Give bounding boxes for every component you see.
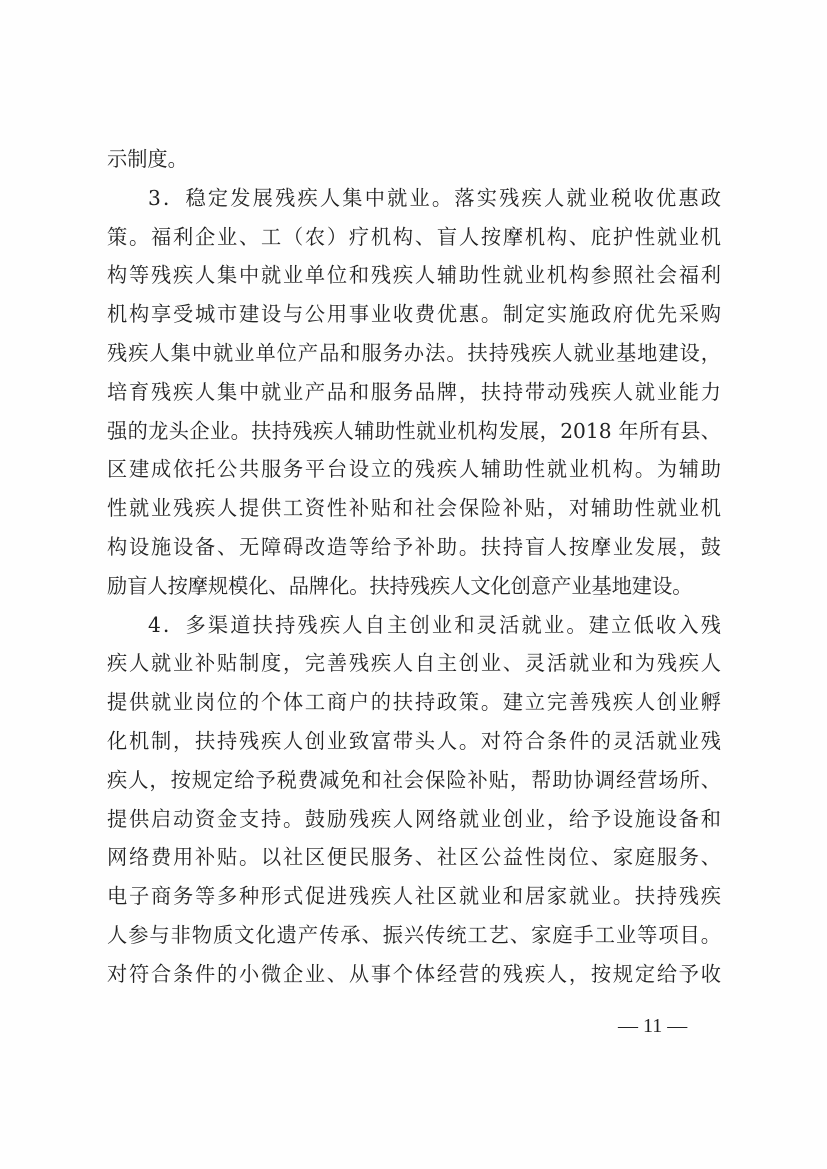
text-line: 4．多渠道扶持残疾人自主创业和灵活就业。建立低收入残 [107, 606, 721, 645]
text-line: 残疾人集中就业单位产品和服务办法。扶持残疾人就业基地建设， [107, 334, 721, 373]
text-line: 示制度。 [107, 140, 721, 179]
text-line: 培育残疾人集中就业产品和服务品牌，扶持带动残疾人就业能力 [107, 373, 721, 412]
text-line: 化机制，扶持残疾人创业致富带头人。对符合条件的灵活就业残 [107, 722, 721, 761]
text-line: 对符合条件的小微企业、从事个体经营的残疾人，按规定给予收 [107, 955, 721, 994]
text-line: 性就业残疾人提供工资性补贴和社会保险补贴，对辅助性就业机 [107, 489, 721, 528]
text-line: 网络费用补贴。以社区便民服务、社区公益性岗位、家庭服务、 [107, 838, 721, 877]
page-number: — 11 — [618, 1015, 687, 1038]
text-line: 励盲人按摩规模化、品牌化。扶持残疾人文化创意产业基地建设。 [107, 567, 721, 606]
text-line: 提供启动资金支持。鼓励残疾人网络就业创业，给予设施设备和 [107, 800, 721, 839]
document-page: 示制度。3．稳定发展残疾人集中就业。落实残疾人就业税收优惠政策。福利企业、工（农… [0, 0, 827, 1169]
body-text: 示制度。3．稳定发展残疾人集中就业。落实残疾人就业税收优惠政策。福利企业、工（农… [107, 140, 721, 994]
text-line: 3．稳定发展残疾人集中就业。落实残疾人就业税收优惠政 [107, 179, 721, 218]
text-line: 疾人就业补贴制度，完善残疾人自主创业、灵活就业和为残疾人 [107, 644, 721, 683]
text-line: 区建成依托公共服务平台设立的残疾人辅助性就业机构。为辅助 [107, 450, 721, 489]
text-line: 策。福利企业、工（农）疗机构、盲人按摩机构、庇护性就业机 [107, 218, 721, 257]
text-line: 构设施设备、无障碍改造等给予补助。扶持盲人按摩业发展，鼓 [107, 528, 721, 567]
text-line: 强的龙头企业。扶持残疾人辅助性就业机构发展，2018 年所有县、 [107, 412, 721, 451]
text-line: 人参与非物质文化遗产传承、振兴传统工艺、家庭手工业等项目。 [107, 916, 721, 955]
text-line: 提供就业岗位的个体工商户的扶持政策。建立完善残疾人创业孵 [107, 683, 721, 722]
text-line: 机构享受城市建设与公用事业收费优惠。制定实施政府优先采购 [107, 295, 721, 334]
text-line: 电子商务等多种形式促进残疾人社区就业和居家就业。扶持残疾 [107, 877, 721, 916]
text-line: 构等残疾人集中就业单位和残疾人辅助性就业机构参照社会福利 [107, 256, 721, 295]
text-line: 疾人，按规定给予税费减免和社会保险补贴，帮助协调经营场所、 [107, 761, 721, 800]
